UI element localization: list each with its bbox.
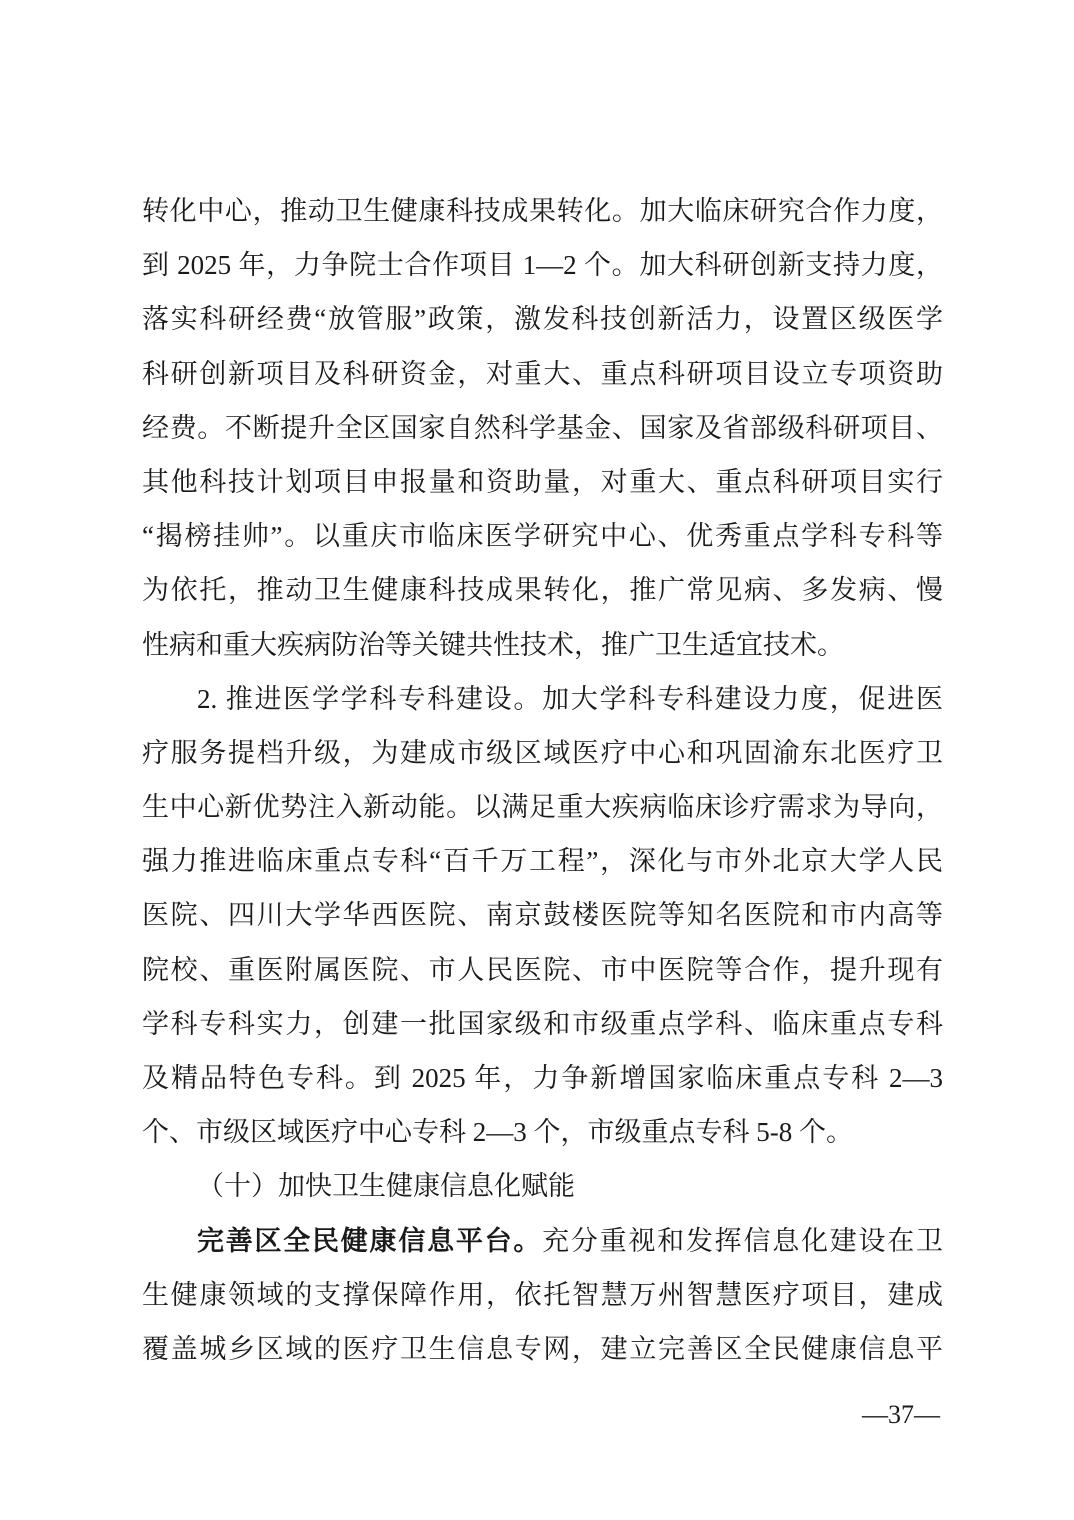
text-line-paragraph-start: 2. 推进医学学科专科建设。加大学科专科建设力度，促进医: [142, 672, 943, 726]
text-line: 为依托，推动卫生健康科技成果转化，推广常见病、多发病、慢: [142, 563, 943, 617]
text-run: 充分重视和发挥信息化建设在卫: [542, 1226, 943, 1256]
text-line: 院校、重医附属医院、市人民医院、市中医院等合作，提升现有: [142, 943, 943, 997]
page-number: —37—: [856, 1400, 946, 1430]
text-line: 强力推进临床重点专科“百千万工程”，深化与市外北京大学人民: [142, 834, 943, 888]
text-line-paragraph-start: 完善区全民健康信息平台。充分重视和发挥信息化建设在卫: [142, 1214, 943, 1268]
text-line: “揭榜挂帅”。以重庆市临床医学研究中心、优秀重点学科专科等: [142, 509, 943, 563]
text-line: 覆盖城乡区域的医疗卫生信息专网，建立完善区全民健康信息平: [142, 1322, 943, 1376]
text-line: 性病和重大疾病防治等关键共性技术，推广卫生适宜技术。: [142, 618, 943, 672]
text-line: 生健康领域的支撑保障作用，依托智慧万州智慧医疗项目，建成: [142, 1268, 943, 1322]
text-line: 学科专科实力，创建一批国家级和市级重点学科、临床重点专科: [142, 997, 943, 1051]
text-line: 转化中心，推动卫生健康科技成果转化。加大临床研究合作力度，: [142, 184, 943, 238]
text-line: 疗服务提档升级，为建成市级区域医疗中心和巩固渝东北医疗卫: [142, 726, 943, 780]
document-body: 转化中心，推动卫生健康科技成果转化。加大临床研究合作力度， 到 2025 年，力…: [142, 184, 943, 1376]
document-page: 转化中心，推动卫生健康科技成果转化。加大临床研究合作力度， 到 2025 年，力…: [0, 0, 1074, 1520]
text-line: 科研创新项目及科研资金，对重大、重点科研项目设立专项资助: [142, 347, 943, 401]
text-line: 到 2025 年，力争院士合作项目 1—2 个。加大科研创新支持力度，: [142, 238, 943, 292]
text-line: 落实科研经费“放管服”政策，激发科技创新活力，设置区级医学: [142, 292, 943, 346]
text-line: 其他科技计划项目申报量和资助量，对重大、重点科研项目实行: [142, 455, 943, 509]
text-line: 生中心新优势注入新动能。以满足重大疾病临床诊疗需求为导向，: [142, 780, 943, 834]
text-line: 及精品特色专科。到 2025 年，力争新增国家临床重点专科 2—3: [142, 1051, 943, 1105]
section-heading: （十）加快卫生健康信息化赋能: [142, 1159, 943, 1213]
text-line: 个、市级区域医疗中心专科 2—3 个，市级重点专科 5-8 个。: [142, 1105, 943, 1159]
text-line: 经费。不断提升全区国家自然科学基金、国家及省部级科研项目、: [142, 401, 943, 455]
text-line: 医院、四川大学华西医院、南京鼓楼医院等知名医院和市内高等: [142, 888, 943, 942]
bold-lead-phrase: 完善区全民健康信息平台。: [197, 1226, 542, 1256]
